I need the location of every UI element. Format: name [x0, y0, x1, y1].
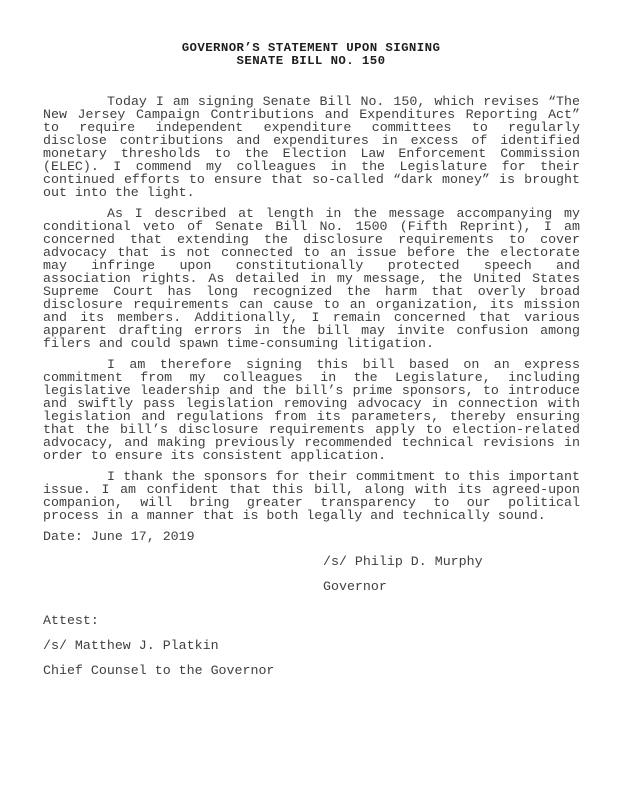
paragraph-line: to require independent expenditure commi… — [43, 121, 580, 134]
paragraph-line: may infringe upon constitutionally prote… — [43, 259, 580, 272]
paragraph-line: concerned that extending the disclosure … — [43, 233, 580, 246]
paragraph-line: advocacy, and making previously recommen… — [43, 436, 580, 449]
governor-signature-title: Governor — [323, 580, 580, 593]
paragraph-line: Supreme Court has long recognized the ha… — [43, 285, 580, 298]
document-footer: Date: June 17, 2019 /s/ Philip D. Murphy… — [43, 530, 580, 677]
document-title: GOVERNOR’S STATEMENT UPON SIGNING SENATE… — [43, 42, 579, 68]
paragraph-line: I am therefore signing this bill based o… — [43, 358, 580, 371]
paragraph-line: apparent drafting errors in the bill may… — [43, 324, 580, 337]
governor-signature-line: /s/ Philip D. Murphy — [323, 555, 580, 568]
attest-label: Attest: — [43, 614, 580, 627]
document-paragraphs: Today I am signing Senate Bill No. 150, … — [43, 95, 580, 522]
document-page: GOVERNOR’S STATEMENT UPON SIGNING SENATE… — [0, 0, 618, 800]
paragraph-line: filers and could spawn time-consuming li… — [43, 337, 580, 350]
paragraph-line: disclose contributions and expenditures … — [43, 134, 580, 147]
paragraph-line: advocacy that is not connected to an iss… — [43, 246, 580, 259]
paragraph-line: Today I am signing Senate Bill No. 150, … — [43, 95, 580, 108]
paragraph-line: legislation and regulations from its par… — [43, 410, 580, 423]
paragraph-line: companion, will bring greater transparen… — [43, 496, 580, 509]
paragraph-line: (ELEC). I commend my colleagues in the L… — [43, 160, 580, 173]
paragraph-line: and swiftly pass legislation removing ad… — [43, 397, 580, 410]
paragraph-line: out into the light. — [43, 186, 580, 199]
attest-signature-line: /s/ Matthew J. Platkin — [43, 639, 580, 652]
document-title-line-2: SENATE BILL NO. 150 — [43, 55, 579, 68]
paragraph-line: association rights. As detailed in my me… — [43, 272, 580, 285]
paragraph: I thank the sponsors for their commitmen… — [43, 470, 580, 522]
paragraph-line: legislative leadership and the bill’s pr… — [43, 384, 580, 397]
paragraph-line: commitment from my colleagues in the Leg… — [43, 371, 580, 384]
paragraph-line: monetary thresholds to the Election Law … — [43, 147, 580, 160]
document-content: GOVERNOR’S STATEMENT UPON SIGNING SENATE… — [0, 0, 618, 677]
paragraph-line: disclosure requirements can cause to an … — [43, 298, 580, 311]
paragraph: Today I am signing Senate Bill No. 150, … — [43, 95, 580, 199]
paragraph-line: continued efforts to ensure that so-call… — [43, 173, 580, 186]
paragraph-line: issue. I am confident that this bill, al… — [43, 483, 580, 496]
paragraph-line: conditional veto of Senate Bill No. 1500… — [43, 220, 580, 233]
paragraph: I am therefore signing this bill based o… — [43, 358, 580, 462]
paragraph-line: that the bill’s disclosure requirements … — [43, 423, 580, 436]
paragraph-line: process in a manner that is both legally… — [43, 509, 580, 522]
paragraph-line: New Jersey Campaign Contributions and Ex… — [43, 108, 580, 121]
paragraph-line: order to ensure its consistent applicati… — [43, 449, 580, 462]
paragraph-line: and its members. Additionally, I remain … — [43, 311, 580, 324]
paragraph-line: As I described at length in the message … — [43, 207, 580, 220]
paragraph-line: I thank the sponsors for their commitmen… — [43, 470, 580, 483]
date-line: Date: June 17, 2019 — [43, 530, 580, 543]
paragraph: As I described at length in the message … — [43, 207, 580, 350]
attest-signature-title: Chief Counsel to the Governor — [43, 664, 580, 677]
